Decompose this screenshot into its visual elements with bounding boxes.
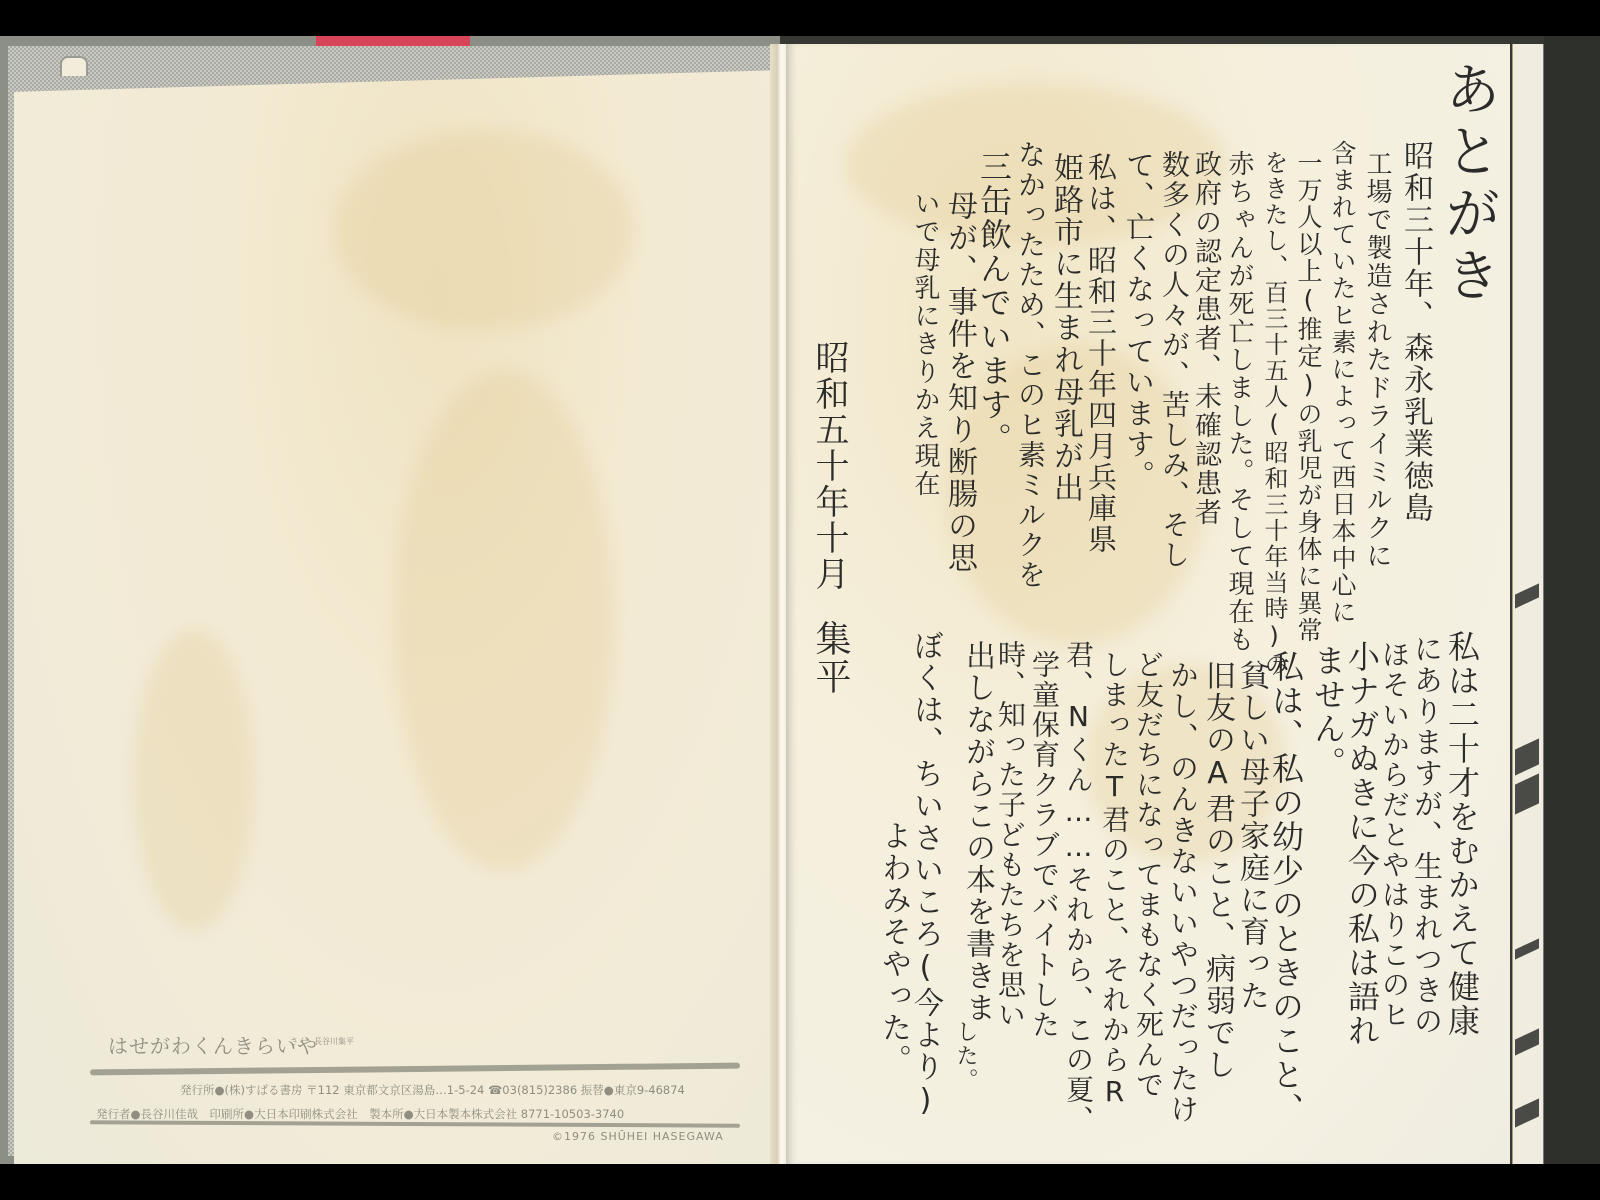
text-column: 小ナガぬきに今の私は語れ <box>1346 640 1378 1048</box>
edge-ink-mark <box>1515 773 1539 814</box>
text-column: 君、Nくん……それから、この夏、 <box>1064 640 1092 1135</box>
next-pages-edge <box>1512 44 1544 1164</box>
colophon-author: さく・長谷川集平 <box>290 1036 354 1047</box>
text-column: 昭和三十年、森永乳業徳島 <box>1400 140 1430 524</box>
text-column: した。 <box>954 1020 976 1092</box>
text-column: て、亡くなっています。 <box>1124 150 1153 491</box>
edge-ink-mark <box>1515 1028 1539 1055</box>
text-column: しまったT君のこと、それからR <box>1100 650 1128 1110</box>
text-column: 三缶飲んでいます。 <box>978 150 1010 456</box>
copyright-notice: ©1976 SHŪHEI HASEGAWA <box>552 1130 724 1143</box>
text-column: 政府の認定患者、未確認患者 <box>1192 150 1219 527</box>
text-column: ません。 <box>1312 644 1344 780</box>
colophon-book-title: はせがわくんきらいや <box>108 1030 318 1059</box>
text-column: 工場で製造されたドライミルクに <box>1364 150 1390 570</box>
afterword-title: あとがき <box>1440 60 1496 308</box>
text-column: 母が、事件を知り断腸の思 <box>944 190 974 574</box>
edge-ink-mark <box>1515 583 1539 608</box>
text-column: 時、知った子どもたちを思い <box>996 640 1024 1030</box>
signature-name: 集平 <box>812 620 848 696</box>
text-column: 赤ちゃんが死亡しました。そして現在も <box>1226 150 1252 654</box>
edge-ink-mark <box>1515 938 1539 959</box>
paper-stain <box>334 130 634 330</box>
colophon-publisher-line: 発行所●(株)すばる書房 〒112 東京都文京区湯島…1-5-24 ☎03(81… <box>180 1082 685 1098</box>
colophon-credits-line: 発行者●長谷川佳哉 印刷所●大日本印刷株式会社 製本所●大日本製本株式会社 87… <box>96 1106 624 1122</box>
paper-stain <box>134 630 254 930</box>
left-page <box>14 70 784 1164</box>
signature-date: 昭和五十年十月 <box>812 340 846 592</box>
text-column: 私は、私の幼少のときのこと、 <box>1270 650 1302 1126</box>
text-column: かし、のんきないいやつだったけ <box>1168 660 1197 1125</box>
text-column: 学童保育クラブでバイトした <box>1030 650 1058 1040</box>
text-column: 旧友のA君のこと、病弱でし <box>1202 660 1232 1081</box>
endpaper-tab-shape <box>60 56 88 76</box>
text-column: ほそいからだとやはりこのヒ <box>1380 640 1408 1030</box>
cover-red-band <box>316 36 470 46</box>
closing-line: ぼくは、ちいさいころ(今より) <box>910 630 940 1120</box>
text-column: 一万人以上(推定)の乳児が身体に異常 <box>1296 150 1321 644</box>
text-column: 私は二十才をむかえて健康 <box>1446 630 1478 1038</box>
text-column: ど友だちになってまもなく死んで <box>1134 650 1162 1100</box>
text-column: をきたし、百三十五人(昭和三十年当時)の <box>1262 150 1286 678</box>
text-column: 私は、昭和三十年四月兵庫県 <box>1086 152 1115 555</box>
paper-stain <box>394 370 614 870</box>
text-column: 姫路市に生まれ母乳が出 <box>1050 152 1080 504</box>
text-column: 貧しい母子家庭に育った <box>1236 660 1266 1012</box>
text-column: なかったため、このヒ素ミルクを <box>1016 140 1044 590</box>
cover-spine-right <box>1544 36 1600 1164</box>
edge-ink-mark <box>1515 738 1539 775</box>
closing-line: よわみそやった。 <box>878 820 908 1076</box>
text-column: 含まれていたヒ素によって西日本中心に <box>1330 140 1355 626</box>
text-column: 数多くの人々が、苦しみ、そし <box>1160 150 1188 570</box>
text-column: にありますが、生まれつきの <box>1412 634 1441 1037</box>
text-column: いで母乳にきりかえ現在 <box>912 190 938 498</box>
edge-ink-mark <box>1515 1098 1539 1127</box>
text-column: 出しながらこの本を書きま <box>962 640 992 1024</box>
